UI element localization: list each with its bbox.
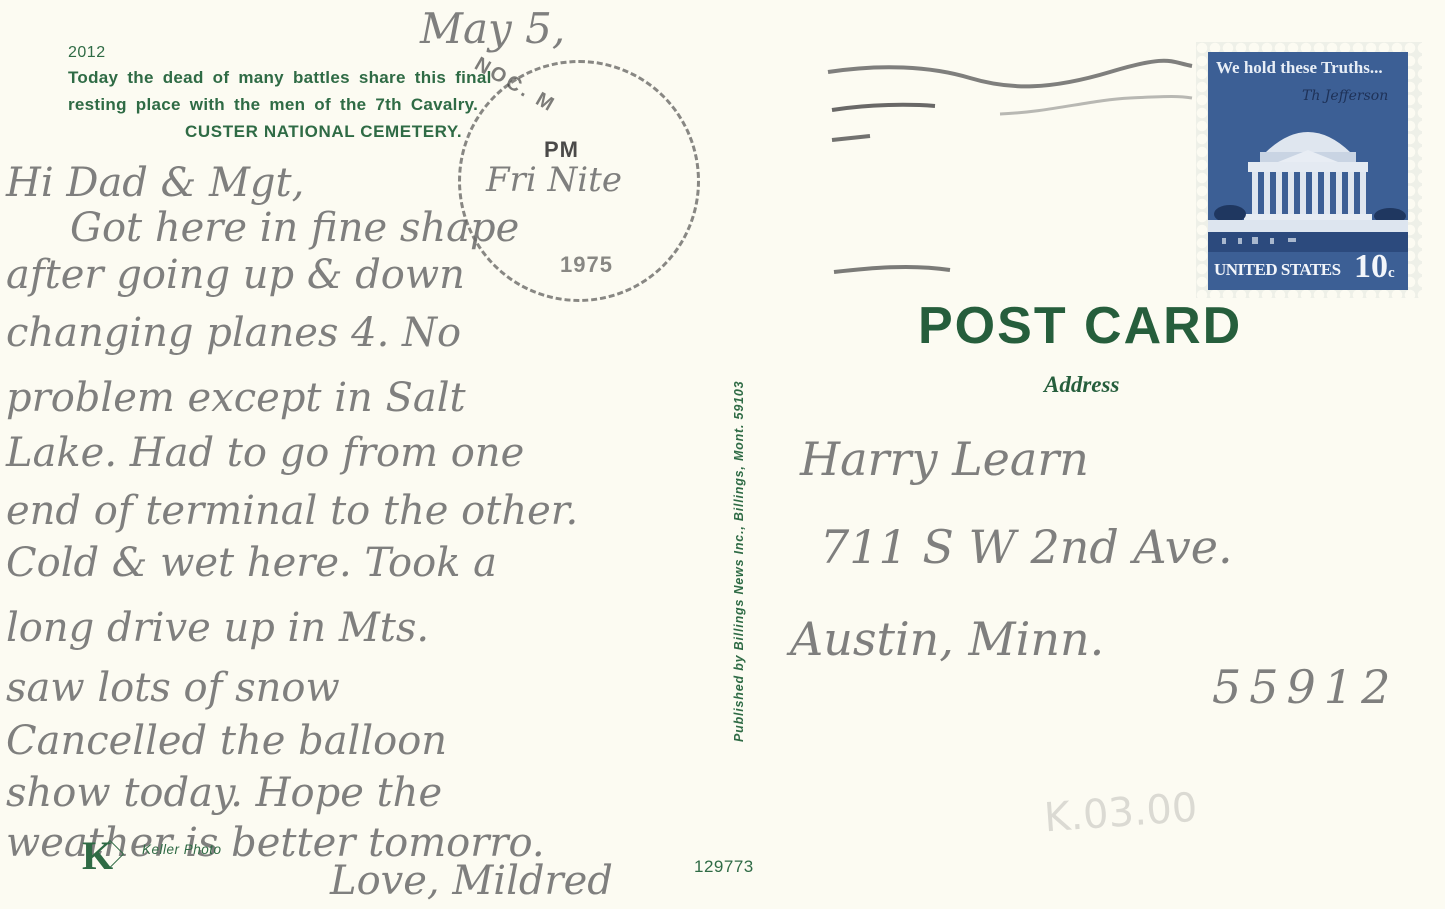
message-line: Cancelled the balloon [6,718,447,764]
message-line: Lake. Had to go from one [6,430,524,476]
stamp-motto: We hold these Truths... [1216,58,1383,78]
caption-line-1: Today the dead of many battles share thi… [68,68,492,88]
post-card-title: POST CARD [918,296,1242,356]
message-line: problem except in Salt [6,375,466,421]
message-line: show today. Hope the [6,770,442,816]
caption-number: 2012 [68,44,106,62]
handwritten-day-note: Fri Nite [486,160,622,200]
stamp-value: 10c [1354,248,1395,286]
message-line: end of terminal to the other. [6,488,578,534]
logo-letter: K [82,832,113,879]
publisher-credit: Published by Billings News Inc., Billing… [732,381,746,742]
stamp-face: We hold these Truths... Th Jefferson [1208,52,1408,290]
photo-credit: Keller Photo [142,842,222,857]
address-zip: 55912 [1212,660,1398,714]
cancellation-wavy-lines-icon [820,50,1200,290]
caption-line-2: resting place with the men of the 7th Ca… [68,95,478,115]
jefferson-memorial-icon [1208,102,1408,252]
serial-number: 129773 [694,857,754,877]
message-line: saw lots of snow [6,665,340,711]
address-label: Address [1044,372,1119,398]
address-street: 711 S W 2nd Ave. [820,520,1233,574]
message-line: changing planes 4. No [6,310,461,356]
message-line: Cold & wet here. Took a [6,540,497,586]
keller-logo-icon: K [80,836,128,876]
address-name: Harry Learn [800,432,1089,486]
postmark-year: 1975 [560,252,613,278]
caption-title: CUSTER NATIONAL CEMETERY. [185,122,462,142]
pencil-price-note: K.03.00 [1043,785,1199,842]
postcard-back: 2012 Today the dead of many battles shar… [0,0,1445,909]
message-signature: Love, Mildred [330,858,613,904]
handwritten-date: May 5, [420,4,565,53]
message-line: Hi Dad & Mgt, [6,160,304,206]
message-line: Got here in fine shape [70,205,519,251]
message-line: long drive up in Mts. [6,605,429,651]
stamp-country: UNITED STATES [1214,260,1341,280]
postage-stamp: We hold these Truths... Th Jefferson [1196,42,1422,298]
address-city: Austin, Minn. [790,612,1104,666]
message-line: after going up & down [6,252,465,298]
